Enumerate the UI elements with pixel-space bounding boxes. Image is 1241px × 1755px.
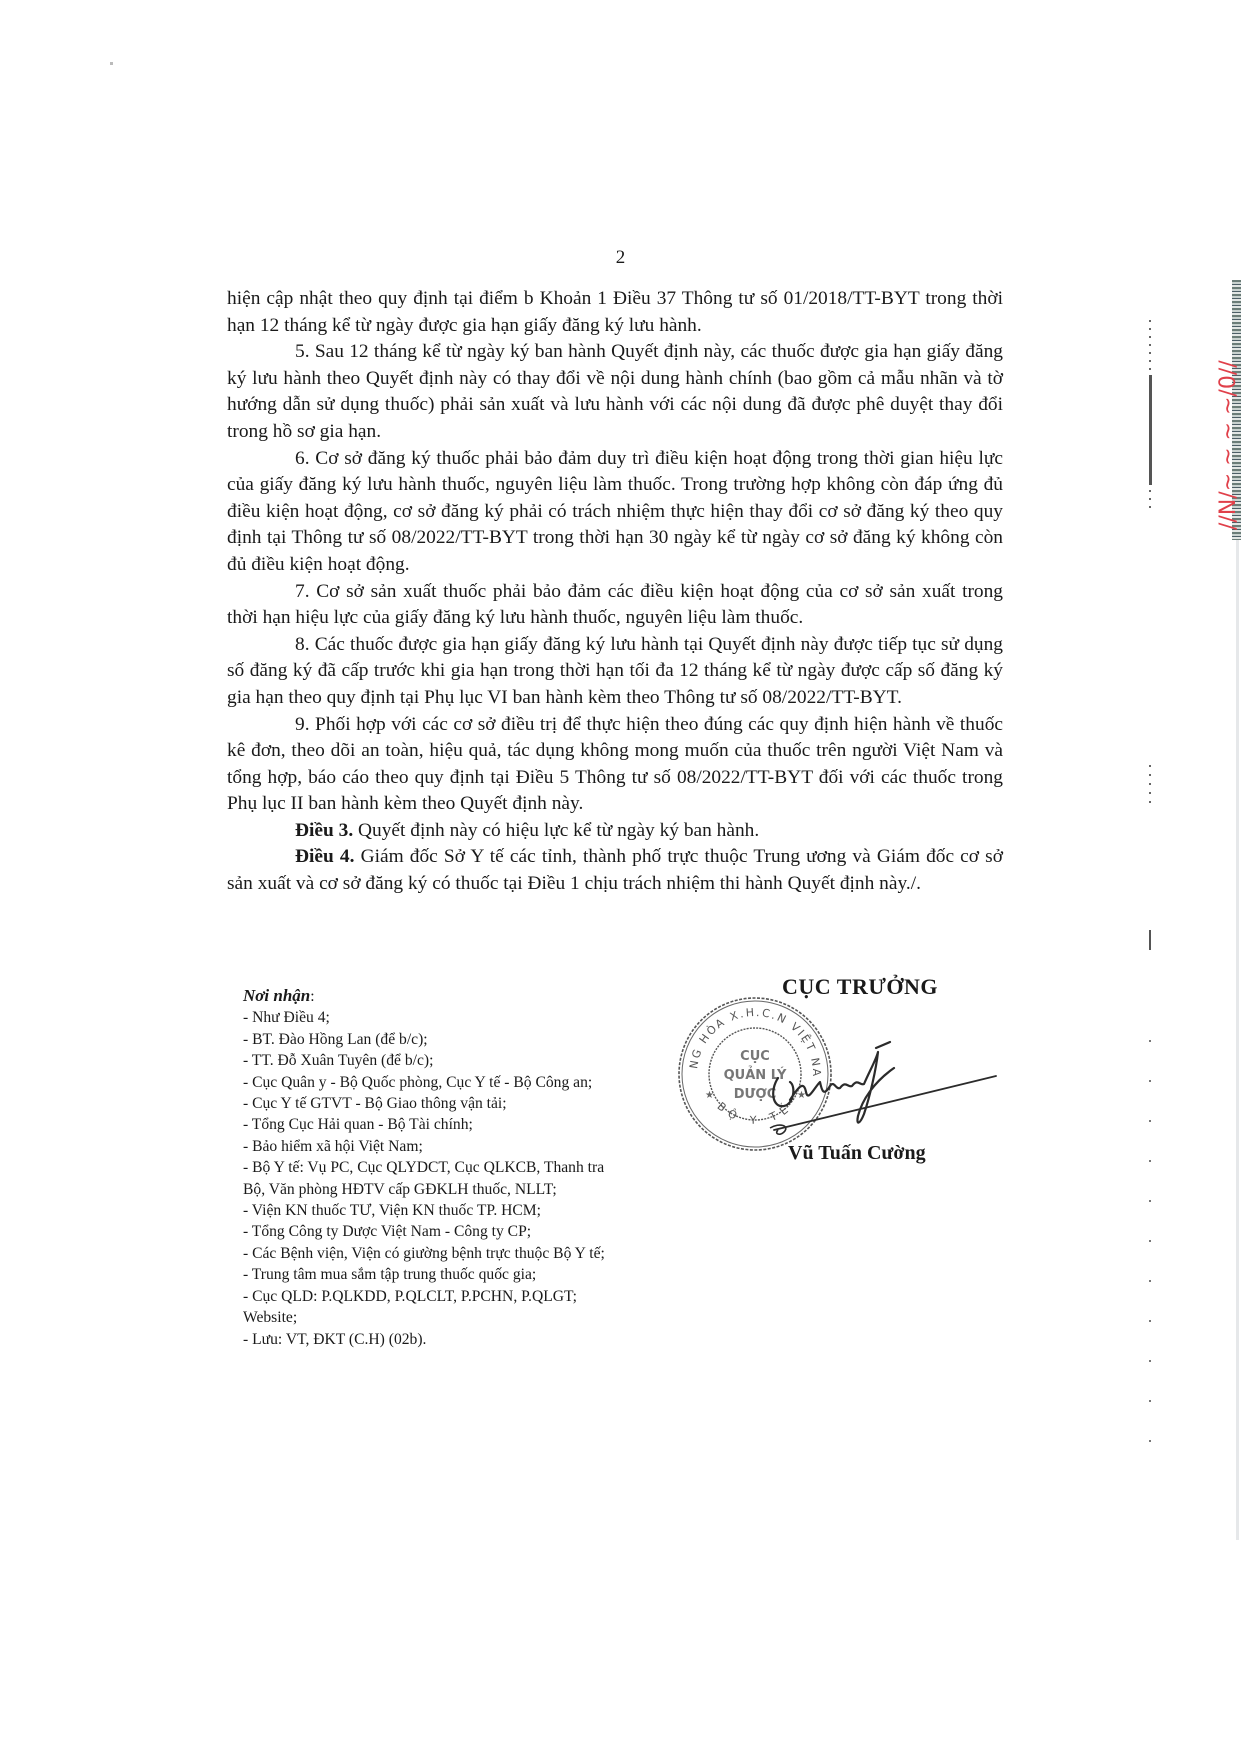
scan-speck [110,62,113,65]
paragraph-item-7: 7. Cơ sở sản xuất thuốc phải bảo đảm các… [227,579,1003,632]
document-body: hiện cập nhật theo quy định tại điểm b K… [227,286,1003,898]
page-number: 2 [0,247,1241,269]
scan-mark-dots [1149,765,1151,805]
scan-edge-line [1236,540,1239,1540]
paragraph-continuation: hiện cập nhật theo quy định tại điểm b K… [227,286,1003,339]
signature-block: CỤC TRƯỞNG CỘNG HÒA X.H.C.N VIỆT NAM BỘ … [660,970,990,1180]
article-4-label: Điều 4. [295,846,354,867]
scan-mark-dots [1149,320,1151,370]
recipient-item: - Viện KN thuốc TƯ, Viện KN thuốc TP. HC… [243,1200,703,1221]
recipient-item: Bộ, Văn phòng HĐTV cấp GĐKLH thuốc, NLLT… [243,1179,703,1200]
recipient-item: - Cục Quân y - Bộ Quốc phòng, Cục Y tế -… [243,1072,703,1093]
recipients-label-colon: : [310,988,314,1005]
recipient-item: - Cục Y tế GTVT - Bộ Giao thông vận tải; [243,1093,703,1114]
signer-name: Vũ Tuấn Cường [788,1142,926,1165]
recipient-item: - Bảo hiểm xã hội Việt Nam; [243,1136,703,1157]
handwritten-signature-icon [750,1030,1000,1140]
recipient-item: - TT. Đỗ Xuân Tuyên (để b/c); [243,1050,703,1071]
recipient-item: Website; [243,1307,703,1328]
recipient-item: - Bộ Y tế: Vụ PC, Cục QLYDCT, Cục QLKCB,… [243,1157,703,1178]
recipient-item: - Cục QLD: P.QLKDD, P.QLCLT, P.PCHN, P.Q… [243,1286,703,1307]
recipient-item: - Các Bệnh viện, Viện có giường bệnh trự… [243,1243,703,1264]
recipient-item: - Tổng Công ty Dược Việt Nam - Công ty C… [243,1221,703,1242]
recipients-list: Nơi nhận: - Như Điều 4; - BT. Đào Hồng L… [243,985,703,1350]
article-3-label: Điều 3. [295,820,353,841]
article-4: Điều 4. Giám đốc Sở Y tế các tỉnh, thành… [227,844,1003,897]
scan-mark-dots [1149,1040,1151,1460]
article-3: Điều 3. Quyết định này có hiệu lực kể từ… [227,818,1003,845]
recipients-label: Nơi nhận [243,986,310,1005]
recipient-item: - Trung tâm mua sắm tập trung thuốc quốc… [243,1264,703,1285]
scan-mark-bar [1149,375,1152,485]
recipient-item: - BT. Đào Hồng Lan (để b/c); [243,1029,703,1050]
handwritten-margin-mark: //N/~ ~ ~ ~/0// [1216,360,1241,530]
paragraph-item-8: 8. Các thuốc được gia hạn giấy đăng ký l… [227,632,1003,712]
recipient-item: - Lưu: VT, ĐKT (C.H) (02b). [243,1329,703,1350]
svg-text:★: ★ [705,1090,714,1101]
paragraph-item-5: 5. Sau 12 tháng kể từ ngày ký ban hành Q… [227,339,1003,445]
recipient-item: - Tổng Cục Hải quan - Bộ Tài chính; [243,1114,703,1135]
recipient-item: - Như Điều 4; [243,1007,703,1028]
scan-mark-bar [1149,930,1151,950]
paragraph-item-9: 9. Phối hợp với các cơ sở điều trị để th… [227,712,1003,818]
paragraph-item-6: 6. Cơ sở đăng ký thuốc phải bảo đảm duy … [227,446,1003,579]
recipients-heading: Nơi nhận: [243,985,703,1007]
article-3-text: Quyết định này có hiệu lực kể từ ngày ký… [353,820,759,841]
scan-mark-dots [1149,490,1151,510]
